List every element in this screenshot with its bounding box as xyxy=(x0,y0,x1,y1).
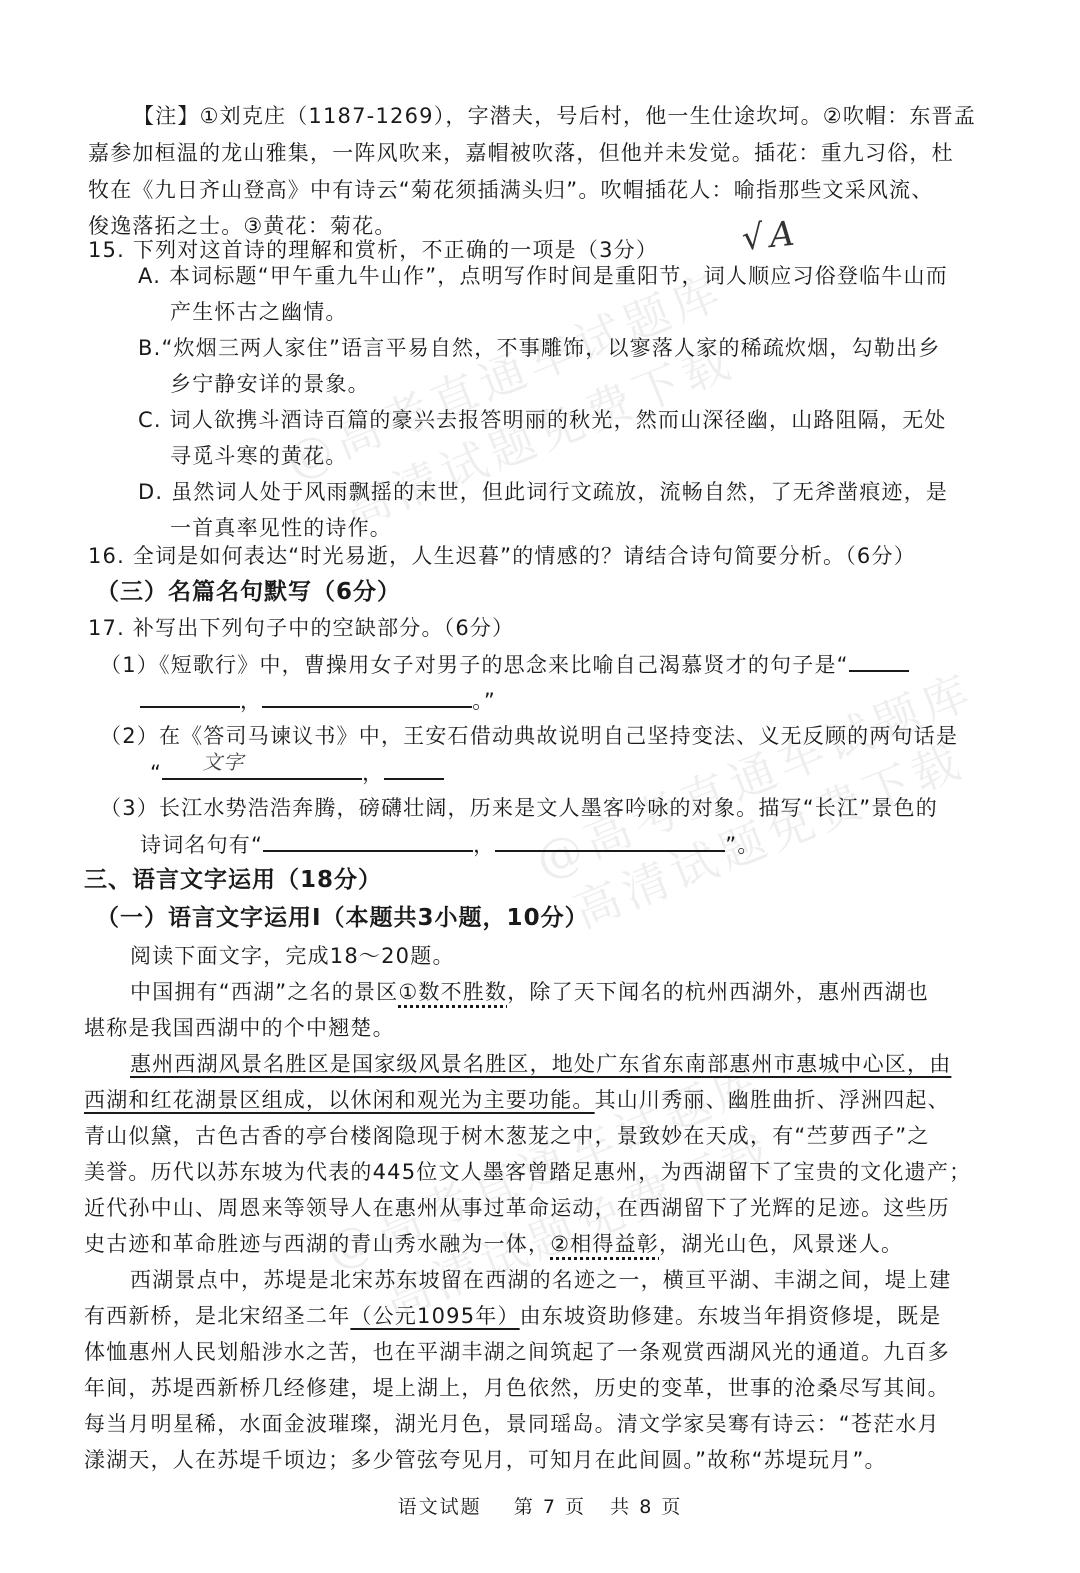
question-stem: 15. 下列对这首诗的理解和赏析，不正确的一项是（3分） xyxy=(88,236,658,264)
answer-blank[interactable] xyxy=(849,650,909,672)
passage-line: 西湖和红花湖景区组成，以休闲和观光为主要功能。其山川秀丽、幽胜曲折、浮洲四起、 xyxy=(84,1086,950,1114)
option-c-cont: 寻觅斗寒的黄花。 xyxy=(170,442,348,470)
exam-page: @高考直通车试题库 高清试题免费下载 @高考直通车试题库 高清试题免费下载 @高… xyxy=(0,0,1080,1573)
answer-blank[interactable] xyxy=(384,758,444,780)
passage-line: 美誉。历代以苏东坡为代表的445位文人墨客曾踏足惠州，为西湖留下了宝贵的文化遗产… xyxy=(84,1158,971,1186)
answer-blank[interactable] xyxy=(262,686,472,708)
handwritten-mark: √ xyxy=(740,216,772,259)
passage-text: ，除了天下闻名的杭州西湖外，惠州西湖也 xyxy=(507,980,929,1004)
answer-blank[interactable]: 文字 xyxy=(162,758,362,780)
passage-text: 由东坡资助修建。东坡当年捐资修堤，既是 xyxy=(520,1304,942,1328)
passage-text: 有西新桥，是北宋绍圣二年 xyxy=(84,1304,350,1328)
marked-phrase-1: ①数不胜数 xyxy=(398,980,507,1004)
underlined-sentence: 惠州西湖风景名胜区是国家级风景名胜区，地处广东省东南部惠州市惠城中心区，由 xyxy=(130,1052,951,1076)
answer-blank[interactable] xyxy=(263,830,473,852)
passage-line: 堪称是我国西湖中的个中翘楚。 xyxy=(84,1014,395,1042)
passage-line: 惠州西湖风景名胜区是国家级风景名胜区，地处广东省东南部惠州市惠城中心区，由 xyxy=(130,1050,951,1078)
passage-line: 体恤惠州人民划船涉水之苦，也在平湖丰湖之间筑起了一条观赏西湖风光的通道。九百多 xyxy=(84,1338,950,1366)
handwritten-scribble: 文字 xyxy=(202,748,244,776)
notes-line: 嘉参加桓温的龙山雅集，一阵风吹来，嘉帽被吹落，但他并未发觉。插花：重九习俗，杜 xyxy=(88,139,954,167)
footer-page-number: 第 7 页 xyxy=(514,1496,586,1518)
passage-text: 其山川秀丽、幽胜曲折、浮洲四起、 xyxy=(595,1088,950,1112)
question-stem: 17. 补写出下列句子中的空缺部分。（6分） xyxy=(88,614,514,642)
passage-line: 近代孙中山、周恩来等领导人在惠州从事过革命运动，在西湖留下了光辉的足迹。这些历 xyxy=(84,1194,950,1222)
passage-text: ，湖光山色，风景迷人。 xyxy=(659,1232,903,1256)
footer-subject: 语文试题 xyxy=(398,1496,482,1518)
opening-quote: “ xyxy=(150,761,162,785)
underlined-sentence: 西湖和红花湖景区组成，以休闲和观光为主要功能。 xyxy=(84,1088,595,1112)
separator: ， xyxy=(240,689,262,713)
passage-line: 史古迹和革命胜迹与西湖的青山秀水融为一体，②相得益彰，湖光山色，风景迷人。 xyxy=(84,1230,903,1258)
option-b-cont: 乡宁静安详的景象。 xyxy=(170,370,370,398)
option-a: A. 本词标题“甲午重九牛山作”，点明写作时间是重阳节，词人顺应习俗登临牛山而 xyxy=(138,262,948,290)
passage-line: 青山似黛，古色古香的亭台楼阁隐现于树木葱茏之中，景致妙在天成，有“苎萝西子”之 xyxy=(84,1122,930,1150)
passage-line: 西湖景点中，苏堤是北宋苏东坡留在西湖的名迹之一，横亘平湖、丰湖之间，堤上建 xyxy=(130,1266,951,1294)
handwritten-answer-letter: A xyxy=(768,213,803,256)
passage-text: 史古迹和革命胜迹与西湖的青山秀水融为一体， xyxy=(84,1232,550,1256)
option-a-cont: 产生怀古之幽情。 xyxy=(170,298,348,326)
q17-item-1-blanks: ，。” xyxy=(140,686,496,715)
closing-quote: ”。 xyxy=(725,833,759,857)
answer-blank[interactable] xyxy=(495,830,725,852)
q17-item-text: （1）《短歌行》中，曹操用女子对男子的思念来比喻自己渴慕贤才的句子是“ xyxy=(100,653,849,677)
passage-line: 年间，苏堤西新桥几经修建，堤上湖上，月色依然，历史的变革，世事的沧桑尽写其间。 xyxy=(84,1374,950,1402)
passage-line: 中国拥有“西湖”之名的景区①数不胜数，除了天下闻名的杭州西湖外，惠州西湖也 xyxy=(130,978,929,1006)
q17-item-3-blanks: 诗词名句有“，”。 xyxy=(140,830,760,859)
option-b: B.“炊烟三两人家住”语言平易自然，不事雕饰，以寥落人家的稀疏炊烟，勾勒出乡 xyxy=(138,334,940,362)
q17-item-text: 诗词名句有“ xyxy=(140,833,263,857)
instruction: 阅读下面文字，完成18～20题。 xyxy=(130,942,455,970)
passage-line: 漾湖天，人在苏堤千顷边；多少管弦夸见月，可知月在此间圆。”故称“苏堤玩月”。 xyxy=(84,1446,887,1474)
q17-item-2: （2）在《答司马谏议书》中，王安石借动典故说明自己坚持变法、义无反顾的两句话是 xyxy=(100,722,958,750)
option-d-cont: 一首真率见性的诗作。 xyxy=(170,514,392,542)
passage-line: 每当月明星稀，水面金波璀璨，湖光月色，景同瑶岛。清文学家吴骞有诗云：“苍茫水月 xyxy=(84,1410,940,1438)
closing-quote: 。” xyxy=(472,689,496,713)
section-heading: （三）名篇名句默写（6分） xyxy=(96,578,401,606)
passage-line: 有西新桥，是北宋绍圣二年（公元1095年）由东坡资助修建。东坡当年捐资修堤，既是 xyxy=(84,1302,941,1330)
separator: ， xyxy=(473,833,495,857)
option-c: C. 词人欲携斗酒诗百篇的豪兴去报答明丽的秋光，然而山深径幽，山路阻隔，无处 xyxy=(138,406,947,434)
footer-total-pages: 共 8 页 xyxy=(610,1496,682,1518)
q17-item-3: （3）长江水势浩浩奔腾，磅礴壮阔，历来是文人墨客吟咏的对象。描写“长江”景色的 xyxy=(100,794,938,822)
part-heading: 三、语言文字运用（18分） xyxy=(84,866,382,894)
separator: ， xyxy=(362,761,384,785)
handwritten-answer: √A xyxy=(740,213,802,259)
passage-text: 中国拥有“西湖”之名的景区 xyxy=(130,980,398,1004)
notes-line: 牧在《九日齐山登高》中有诗云“菊花须插满头归”。吹帽插花人：喻指那些文采风流、 xyxy=(88,176,934,204)
page-footer: 语文试题 第 7 页 共 8 页 xyxy=(0,1492,1080,1519)
q17-item-2-blanks: “文字， xyxy=(150,758,444,787)
marked-phrase-2: ②相得益彰 xyxy=(550,1232,659,1256)
answer-blank[interactable] xyxy=(140,686,240,708)
notes-line: 【注】①刘克庄（1187-1269），字潜夫，号后村，他一生仕途坎坷。②吹帽：东… xyxy=(133,102,976,130)
sub-heading: （一）语言文字运用Ⅰ（本题共3小题，10分） xyxy=(96,904,589,932)
underlined-phrase: （公元1095年） xyxy=(350,1304,519,1328)
option-d: D. 虽然词人处于风雨飘摇的末世，但此词行文疏放，流畅自然，了无斧凿痕迹，是 xyxy=(138,478,948,506)
question-16: 16. 全词是如何表达“时光易逝，人生迟暮”的情感的？请结合诗句简要分析。（6分… xyxy=(88,542,916,570)
q17-item-1: （1）《短歌行》中，曹操用女子对男子的思念来比喻自己渴慕贤才的句子是“ xyxy=(100,650,909,679)
